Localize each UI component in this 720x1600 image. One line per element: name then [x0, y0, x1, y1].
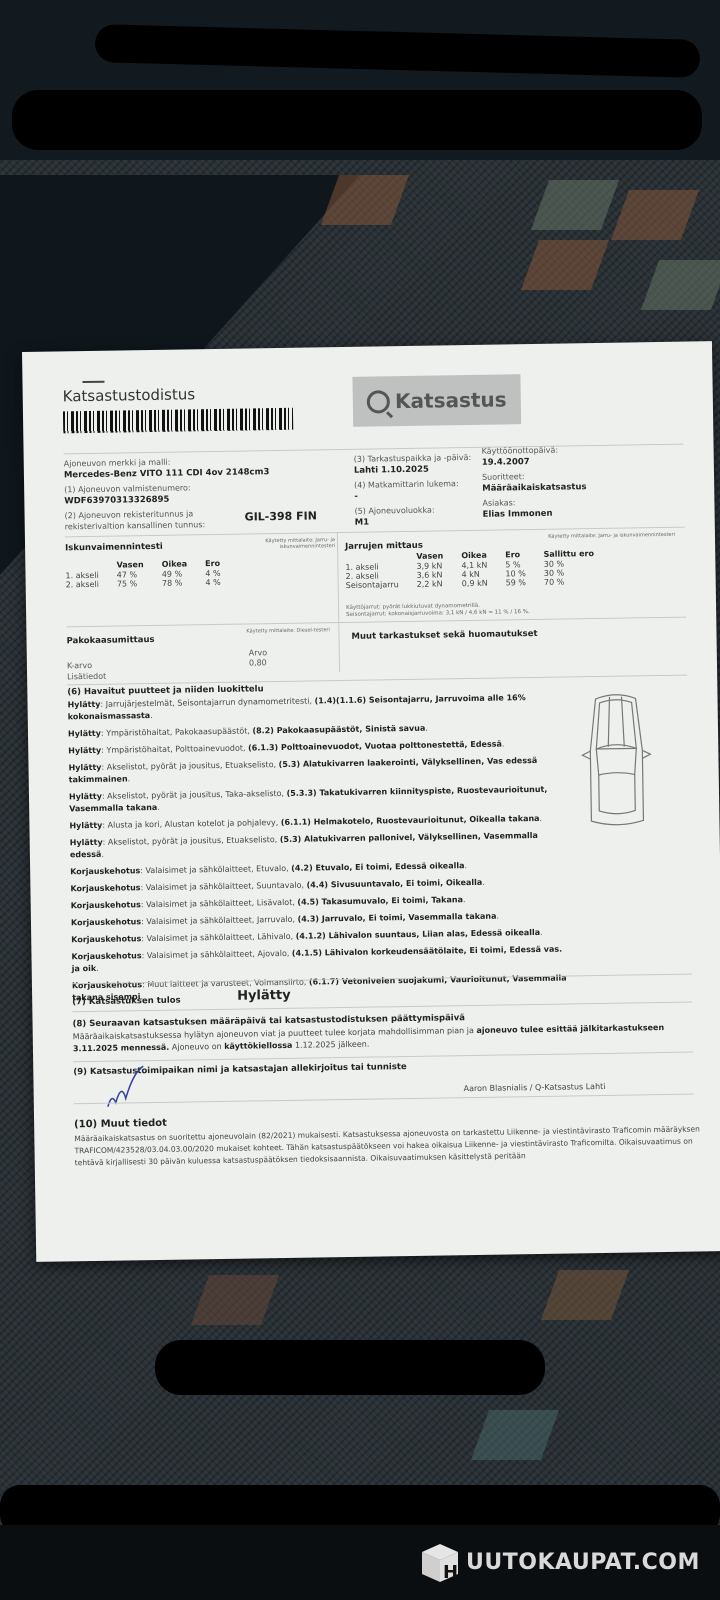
findings-list: Hylätty: Jarrujärjestelmät, Seisontajarr… [67, 691, 572, 1009]
q-logo-icon [367, 390, 390, 413]
finding-detail: (5.3) Alatukivarren laakerointi, Välykse… [69, 756, 538, 784]
place-label: (3) Tarkastuspaikka ja -päivä: [354, 453, 472, 464]
divider [64, 444, 684, 455]
finding-item: Korjauskehotus: Valaisimet ja sähkölaitt… [70, 875, 570, 895]
shock-test-table: VasenOikeaEro 1. akseli47 %49 %4 %2. aks… [65, 559, 238, 590]
finding-item: Korjauskehotus: Valaisimet ja sähkölaitt… [71, 909, 571, 929]
brake-header: Oikea [461, 550, 505, 561]
huutokaupat-watermark: H UUTOKAUPAT.COM [418, 1540, 700, 1584]
watermark-text: UUTOKAUPAT.COM [466, 1550, 700, 1575]
reg-label-1: (2) Ajoneuvon rekisteritunnus ja [65, 509, 194, 520]
finding-detail: (4.1.2) Lähivalon suuntaus, Liian alas, … [296, 928, 541, 941]
finding-level: Korjauskehotus [71, 900, 141, 910]
shock-row: 2. akseli75 %78 %4 % [66, 578, 239, 590]
findings-title: (6) Havaitut puutteet ja niiden luokitte… [67, 684, 263, 697]
k-value-label: K-arvo [67, 661, 92, 670]
make-model: Mercedes-Benz VITO 111 CDI 4ov 2148cm3 [64, 467, 270, 480]
k-value: 0,80 [249, 658, 267, 667]
finding-detail: (4.1.5) Lähivalon korkeudensäätölaite, E… [72, 945, 563, 974]
vin-label: (1) Ajoneuvon valmistenumero: [64, 483, 191, 494]
divider [66, 617, 686, 628]
finding-detail: (4.4) Sivusuuntavalo, Ei toimi, Oikealla [306, 878, 482, 890]
performed-label: Suoritteet: [482, 472, 525, 482]
shock-header: Oikea [162, 559, 206, 570]
next-text-3: 1.12.2025 jälkeen. [292, 1040, 369, 1050]
finding-level: Korjauskehotus [70, 866, 140, 876]
customer-label: Asiakas: [482, 498, 515, 508]
finding-item: Korjauskehotus: Valaisimet ja sähkölaitt… [71, 943, 571, 975]
finding-detail: (8.2) Pakokaasupäästöt, Sinistä savua [252, 724, 425, 736]
brake-test-title: Jarrujen mittaus [345, 541, 423, 552]
barcode [63, 408, 293, 434]
brake-cell: 2,2 kN [417, 579, 462, 589]
finding-item: Hylätty: Akselistot, pyörät ja jousitus,… [68, 754, 568, 786]
class-label: (5) Ajoneuvoluokka: [354, 506, 434, 516]
shock-header: Ero [205, 559, 238, 570]
result-value: Hylätty [237, 988, 291, 1004]
shock-test-title: Iskunvaimennintesti [65, 542, 163, 554]
finding-level: Hylätty [69, 821, 102, 831]
finding-detail: (5.3) Alatukivarren pallonivel, Välyksel… [70, 831, 538, 859]
exhaust-title: Pakokaasumittaus [66, 635, 154, 646]
finding-detail: (4.3) Jarruvalo, Ei toimi, Vasemmalla ta… [297, 912, 496, 924]
divider [67, 675, 687, 686]
usage-ban: käyttökiellossa [224, 1041, 292, 1051]
inspector-name: Aaron Blasnialis / Q-Katsastus Lahti [464, 1081, 606, 1095]
finding-item: Korjauskehotus: Valaisimet ja sähkölaitt… [71, 926, 571, 946]
brake-header: Ero [505, 550, 543, 561]
first-use-date: 19.4.2007 [482, 457, 530, 468]
finding-level: Korjauskehotus [70, 883, 140, 893]
finding-detail: (6.1.3) Polttoainevuodot, Vuotaa poltton… [248, 740, 502, 753]
reg-label-2: rekisterivaltion kansallinen tunnus: [65, 520, 206, 531]
finding-level: Hylätty [68, 763, 101, 773]
redaction-mark [155, 1340, 545, 1395]
shock-device-note: Käytetty mittalaite: Jarru- ja iskunvaim… [243, 537, 335, 550]
result-label: (7) Katsastuksen tulos [72, 996, 181, 1008]
finding-detail: (5.3.3) Takatukivarren kiinnityspiste, R… [69, 785, 547, 814]
box-logo-icon: H [418, 1540, 462, 1584]
other-info-text: Määräaikaiskatsastus on suoritettu ajone… [74, 1123, 714, 1169]
other-checks-title: Muut tarkastukset sekä huomautukset [351, 629, 537, 642]
brand-name: Katsastus [395, 387, 507, 413]
vehicle-class: M1 [355, 518, 370, 528]
brake-cell: 70 % [544, 577, 613, 587]
brake-cell: Seisontajarru [346, 580, 417, 590]
finding-detail: (1.4)(1.1.6) Seisontajarru, Jarruvoima a… [68, 693, 526, 721]
brake-device-note: Käytetty mittalaite: Jarru- ja iskunvaim… [505, 532, 675, 541]
car-diagram-icon [575, 690, 657, 831]
extra-info-label: Lisätiedot [67, 672, 106, 682]
shock-cell: 2. akseli [66, 580, 117, 590]
finding-item: Hylätty: Ympäristöhaitat, Polttoainevuod… [68, 737, 568, 757]
finding-level: Hylätty [70, 838, 103, 848]
inspection-certificate: Katsastustodistus Katsastus Ajoneuvon me… [22, 341, 720, 1262]
katsastus-logo: Katsastus [352, 374, 521, 427]
brake-cell: 0,9 kN [462, 578, 506, 588]
brake-test-table: VasenOikeaEroSallittu ero 1. akseli3,9 k… [345, 549, 612, 590]
divider [74, 1094, 694, 1105]
make-model-label: Ajoneuvon merkki ja malli: [64, 458, 171, 469]
exhaust-device-note: Käytetty mittalaite: Diesel-testeri [246, 627, 330, 634]
finding-detail: (6.1.1) Helmakotelo, Ruostevaurioitunut,… [281, 814, 540, 827]
finding-level: Hylätty [68, 729, 101, 739]
place-date: Lahti 1.10.2025 [354, 465, 429, 476]
finding-level: Korjauskehotus [71, 951, 141, 961]
finding-item: Korjauskehotus: Valaisimet ja sähkölaitt… [70, 858, 570, 878]
finding-level: Korjauskehotus [71, 917, 141, 927]
shock-cell: 75 % [117, 579, 162, 589]
finding-item: Korjauskehotus: Valaisimet ja sähkölaitt… [71, 892, 571, 912]
first-use-label: Käyttöönottopäivä: [482, 446, 559, 456]
finding-item: Hylätty: Jarrujärjestelmät, Seisontajarr… [67, 691, 567, 723]
brake-cell: 59 % [506, 578, 544, 588]
svg-text:H: H [443, 1562, 458, 1583]
customer: Elias Immonen [483, 509, 553, 520]
signature-icon [103, 1062, 164, 1113]
odometer: - [354, 492, 358, 502]
finding-item: Hylätty: Ympäristöhaitat, Pakokaasupääst… [68, 720, 568, 740]
title-mark [82, 381, 104, 383]
finding-detail: (4.2) Etuvalo, Ei toimi, Edessä oikealla [291, 861, 464, 873]
finding-item: Hylätty: Akselistot, pyörät ja jousitus,… [69, 783, 569, 815]
odometer-label: (4) Matkamittarin lukema: [354, 479, 459, 490]
shock-header: Vasen [117, 560, 162, 571]
shock-cell: 4 % [205, 578, 238, 588]
finding-level: Hylätty [68, 746, 101, 756]
finding-item: Hylätty: Alusta ja kori, Alustan kotelot… [69, 812, 569, 832]
shock-cell: 78 % [162, 578, 206, 588]
finding-detail: (4.5) Takasumuvalo, Ei toimi, Takana [297, 895, 463, 907]
exhaust-value-header: Arvo [249, 648, 268, 657]
finding-level: Hylätty [69, 792, 102, 802]
finding-level: Hylätty [67, 700, 100, 710]
finding-item: Hylätty: Akselistot, pyörät ja jousitus,… [70, 829, 570, 861]
next-text-2: Ajoneuvo on [169, 1042, 224, 1052]
other-info-title: (10) Muut tiedot [74, 1118, 167, 1130]
finding-level: Korjauskehotus [71, 934, 141, 944]
vin: WDF63970313326895 [64, 495, 169, 507]
redaction-mark [12, 90, 702, 150]
column-divider [337, 532, 340, 672]
performed: Määräaikaiskatsastus [482, 482, 587, 494]
registration-number: GIL-398 FIN [245, 509, 318, 523]
